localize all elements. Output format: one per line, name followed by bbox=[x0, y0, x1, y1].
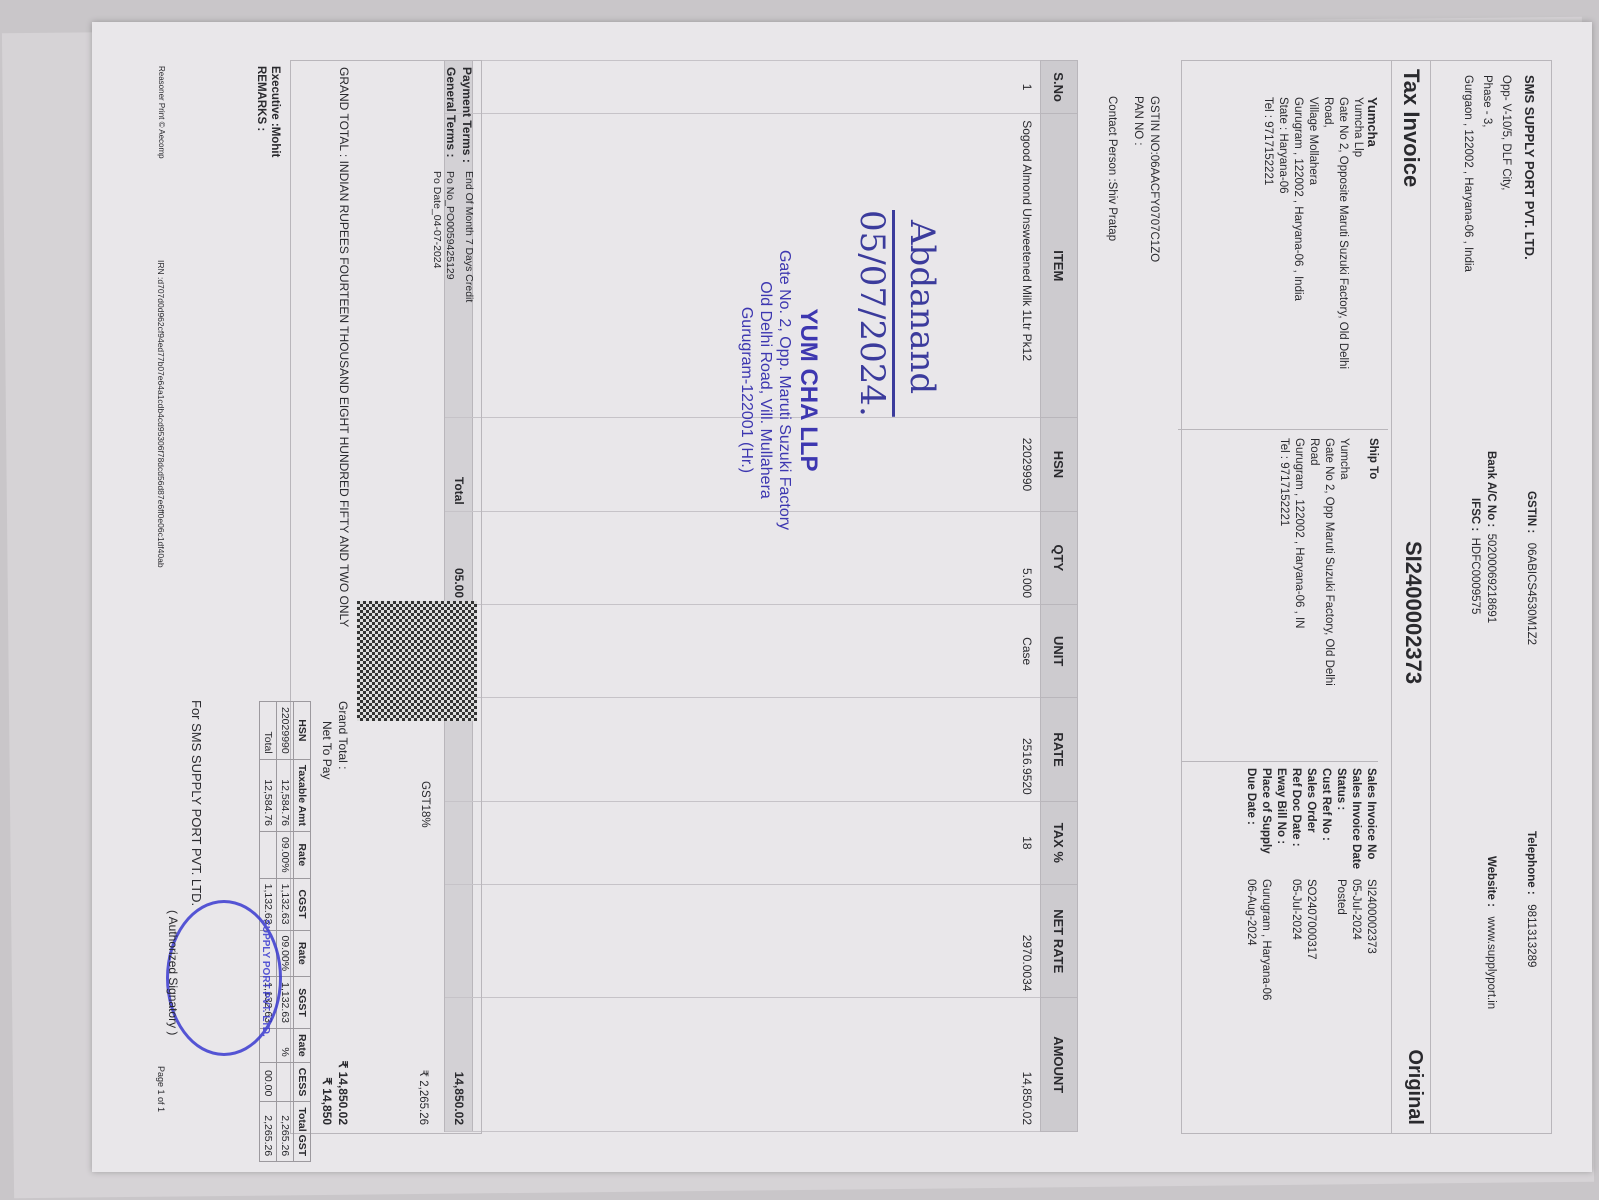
tax-column-header: Rate bbox=[294, 1029, 311, 1063]
ship-to-line: Gurugram , 122002 , Haryana-06 , IN bbox=[1291, 438, 1306, 698]
buyer-contact: Contact Person :Shiv Pratap bbox=[1104, 96, 1120, 262]
meta-label: Due Date : bbox=[1243, 768, 1258, 879]
column-header: ITEM bbox=[1041, 114, 1078, 418]
qr-code bbox=[357, 601, 477, 721]
page-title: Tax Invoice bbox=[1398, 69, 1424, 187]
meta-value bbox=[1273, 879, 1288, 1010]
executive-block: Executive :Mohit REMARKS : bbox=[254, 66, 282, 157]
bill-to-line: Yumcha Llp bbox=[1350, 97, 1365, 397]
meta-row: Sales Invoice NoSI2400002373 bbox=[1363, 768, 1378, 1010]
remarks-label: REMARKS : bbox=[254, 66, 268, 157]
meta-value: SO2407000317 bbox=[1303, 879, 1318, 1010]
tax-column-header: Rate bbox=[294, 930, 311, 977]
buyer-ids-block: GSTIN NO:06AACFY0707C1ZO PAN NO : Contac… bbox=[1104, 96, 1182, 262]
column-header: S.No bbox=[1041, 61, 1078, 114]
irn-number: IRN :d707d0d962cf94ed77b07e64a1cdb4cd953… bbox=[156, 260, 166, 568]
seller-website: Website : www.supplyport.in bbox=[1485, 856, 1497, 1009]
tax-column-header: HSN bbox=[294, 702, 311, 760]
meta-value: 06-Aug-2024 bbox=[1243, 879, 1258, 1010]
meta-label: Sales Order bbox=[1303, 768, 1318, 879]
meta-row: Eway Bill No : bbox=[1273, 768, 1288, 1010]
tax-column-header: Taxable Amt bbox=[294, 759, 311, 831]
net-to-pay-label: Net To Pay bbox=[319, 701, 335, 779]
grand-total-label: Grand Total : bbox=[335, 701, 351, 779]
seller-header: SMS SUPPLY PORT PVT. LTD. Opp- V-10/5, D… bbox=[1430, 60, 1552, 1134]
meta-row: Place of SupplyGurugram , Haryana-06 bbox=[1258, 768, 1273, 1010]
seller-address: Opp- V-10/5, DLF City, Phase - 3, Gurgao… bbox=[1458, 75, 1515, 272]
bill-to: Yumcha Yumcha Llp Gate No 2, Opposite Ma… bbox=[1260, 97, 1380, 397]
terms-values: End Of Month 7 Days Credit Po No_PO00594… bbox=[430, 171, 475, 302]
meta-value: SI2400002373 bbox=[1363, 879, 1378, 1010]
ship-to-line: Road bbox=[1306, 438, 1321, 698]
meta-row: Ref Doc Date :05-Jul-2024 bbox=[1288, 768, 1303, 1010]
meta-row: Due Date :06-Aug-2024 bbox=[1243, 768, 1258, 1010]
grand-total-labels: Grand Total : Net To Pay bbox=[319, 701, 351, 779]
column-header: TAX % bbox=[1041, 801, 1078, 884]
meta-row: Sales OrderSO2407000317 bbox=[1303, 768, 1318, 1010]
meta-label: Place of Supply bbox=[1258, 768, 1273, 879]
gst-amount: ₹ 2,265.26 bbox=[417, 1070, 431, 1125]
page-number: Page 1 of 1 bbox=[156, 1066, 166, 1112]
executive-name: Executive :Mohit bbox=[268, 66, 282, 157]
stamp-line: Gurugram-122001 (Hr.) bbox=[737, 210, 756, 570]
authorized-signatory: ( Authorized Signatory ) bbox=[166, 910, 180, 1035]
net-to-pay-value: ₹ 14,850 bbox=[319, 1061, 335, 1125]
column-header: HSN bbox=[1041, 418, 1078, 511]
seller-telephone: Telephone : 9811313289 bbox=[1525, 831, 1537, 967]
tax-header-row: HSNTaxable AmtRateCGSTRateSGSTRateCESSTo… bbox=[294, 702, 311, 1162]
ship-to-heading: Ship To bbox=[1351, 438, 1388, 698]
cell-rate: 2516.9520 bbox=[473, 698, 1041, 801]
column-header: NET RATE bbox=[1041, 885, 1078, 998]
meta-row: Cust Ref No : bbox=[1318, 768, 1333, 1010]
copy-label: Original bbox=[1403, 1049, 1426, 1125]
ship-to: Ship To Yumcha Gate No 2, Opp Maruti Suz… bbox=[1178, 429, 1388, 698]
cell-amount: 14,850.02 bbox=[473, 998, 1041, 1132]
handwritten-name: Abdanand bbox=[902, 220, 942, 394]
company-seal-stamp: SUPPLY PORT PVT. LTD. bbox=[166, 900, 282, 1056]
tax-column-header: Rate bbox=[294, 832, 311, 879]
bill-to-line: State : Haryana-06 bbox=[1275, 97, 1290, 397]
meta-value: Posted bbox=[1333, 879, 1348, 1010]
invoice-meta: Sales Invoice NoSI2400002373Sales Invoic… bbox=[1182, 761, 1378, 1134]
amount-in-words: GRAND TOTAL : INDIAN RUPEES FOURTEEN THO… bbox=[337, 67, 351, 647]
bill-to-line: Gurugram , 122002 , Haryana-06 , India bbox=[1290, 97, 1305, 397]
printed-by: Reasoner Print © Aecomp bbox=[157, 66, 166, 159]
meta-value bbox=[1318, 879, 1333, 1010]
po-number: Po No_PO0059425129 bbox=[443, 171, 456, 302]
ship-to-line: Gate No 2, Opp Maruti Suzuki Factory, Ol… bbox=[1321, 438, 1336, 698]
parties-section: Yumcha Yumcha Llp Gate No 2, Opposite Ma… bbox=[1181, 60, 1392, 1134]
meta-label: Sales Invoice No bbox=[1363, 768, 1378, 879]
address-line: Phase - 3, bbox=[1477, 75, 1496, 272]
stamp-line: Old Delhi Road, Vill. Mullahera bbox=[756, 210, 775, 570]
invoice-page: SMS SUPPLY PORT PVT. LTD. Opp- V-10/5, D… bbox=[92, 22, 1592, 1172]
cell-tax: 18 bbox=[473, 801, 1041, 884]
meta-label: Ref Doc Date : bbox=[1288, 768, 1303, 879]
seller-name: SMS SUPPLY PORT PVT. LTD. bbox=[1522, 75, 1537, 260]
terms-labels: Payment Terms : General Terms : bbox=[443, 67, 475, 163]
bill-to-line: Tel : 9717152221 bbox=[1260, 97, 1275, 397]
bill-to-name: Yumcha bbox=[1365, 97, 1380, 397]
payment-terms-label: Payment Terms : bbox=[459, 67, 475, 163]
grand-total-values: ₹ 14,850.02 ₹ 14,850 bbox=[319, 1061, 351, 1125]
column-header: AMOUNT bbox=[1041, 998, 1078, 1132]
tax-column-header: Total GST bbox=[294, 1102, 311, 1162]
items-header-row: S.NoITEMHSNQTYUNITRATETAX %NET RATEAMOUN… bbox=[1041, 61, 1078, 1132]
stamp-line: YUM CHA LLP bbox=[794, 210, 822, 570]
ship-to-line: Yumcha bbox=[1336, 438, 1351, 698]
meta-row: Sales Invoice Date05-Jul-2024 bbox=[1348, 768, 1363, 1010]
meta-value: 05-Jul-2024 bbox=[1288, 879, 1303, 1010]
address-line: Gurgaon , 122002 , Haryana-06 , India bbox=[1458, 75, 1477, 272]
receiver-stamp: YUM CHA LLP Gate No. 2, Opp. Maruti Suzu… bbox=[737, 210, 822, 570]
invoice-number: SI2400002373 bbox=[1400, 541, 1426, 684]
payment-terms-value: End Of Month 7 Days Credit bbox=[462, 171, 475, 302]
column-header: RATE bbox=[1041, 698, 1078, 801]
footer: Executive :Mohit REMARKS : SUPPLY PORT P… bbox=[172, 60, 292, 1132]
meta-value: 05-Jul-2024 bbox=[1348, 879, 1363, 1010]
title-row: Tax Invoice SI2400002373 Original bbox=[1391, 60, 1432, 1134]
meta-label: Sales Invoice Date bbox=[1348, 768, 1363, 879]
tax-column-header: CESS bbox=[294, 1062, 311, 1102]
buyer-gstin: GSTIN NO:06AACFY0707C1ZO bbox=[1146, 96, 1162, 262]
tax-column-header: CGST bbox=[294, 878, 311, 930]
seller-gstin: GSTIN : 06ABICS4530M1Z2 bbox=[1525, 491, 1537, 645]
handwritten-date: 05/07/2024. bbox=[852, 210, 892, 417]
meta-value: Gurugram , Haryana-06 bbox=[1258, 879, 1273, 1010]
tax-column-header: SGST bbox=[294, 977, 311, 1029]
grand-total-value: ₹ 14,850.02 bbox=[335, 1061, 351, 1125]
meta-label: Status : bbox=[1333, 768, 1348, 879]
general-terms-label: General Terms : bbox=[443, 67, 459, 163]
meta-label: Cust Ref No : bbox=[1318, 768, 1333, 879]
gst-label: GST18% bbox=[419, 781, 431, 828]
for-company-label: For SMS SUPPLY PORT PVT. LTD. bbox=[189, 700, 204, 906]
column-header: UNIT bbox=[1041, 605, 1078, 698]
bill-to-line: Gate No 2, Opposite Maruti Suzuki Factor… bbox=[1320, 97, 1350, 397]
meta-table: Sales Invoice NoSI2400002373Sales Invoic… bbox=[1243, 768, 1378, 1010]
ship-to-line: Tel : 9717152221 bbox=[1276, 438, 1291, 698]
buyer-ids: GSTIN NO:06AACFY0707C1ZO PAN NO : Contac… bbox=[1082, 60, 1182, 1132]
meta-label: Eway Bill No : bbox=[1273, 768, 1288, 879]
stamp-line: Gate No. 2, Opp. Maruti Suzuki Factory bbox=[775, 210, 794, 570]
cell-net-rate: 2970.0034 bbox=[473, 885, 1041, 998]
buyer-pan: PAN NO : bbox=[1130, 96, 1146, 262]
po-date: Po Date_04-07-2024 bbox=[430, 171, 443, 302]
seal-text: SUPPLY PORT PVT. LTD. bbox=[260, 903, 271, 1053]
column-header: QTY bbox=[1041, 511, 1078, 604]
cell-sno: 1 bbox=[473, 61, 1041, 114]
seller-bank: Bank A/C No : 50200069218691 bbox=[1485, 451, 1497, 623]
bill-to-line: Village Mollahera bbox=[1305, 97, 1320, 397]
seller-ifsc: IFSC : HDFC0009575 bbox=[1469, 498, 1481, 614]
terms-section: Payment Terms : General Terms : End Of M… bbox=[290, 60, 482, 1134]
meta-row: Status :Posted bbox=[1333, 768, 1348, 1010]
address-line: Opp- V-10/5, DLF City, bbox=[1496, 75, 1515, 272]
cell-unit: Case bbox=[473, 605, 1041, 698]
